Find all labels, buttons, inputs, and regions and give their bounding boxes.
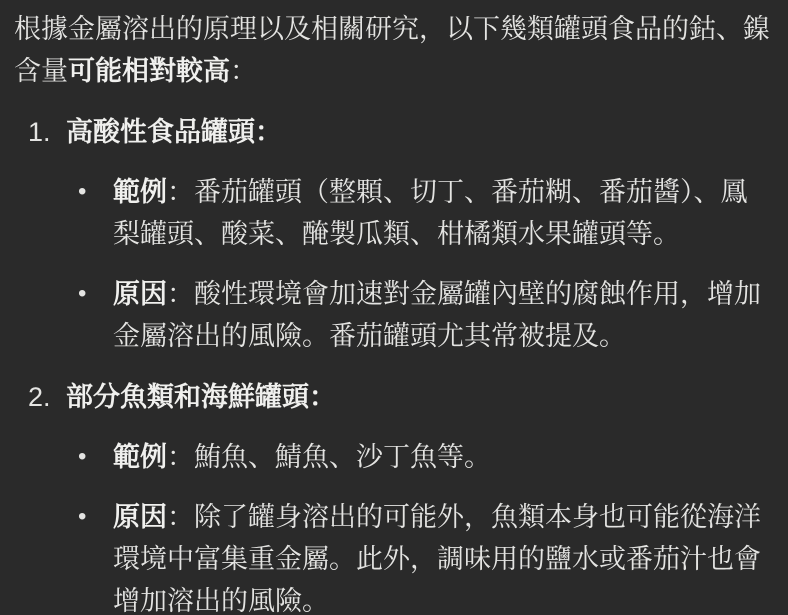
bullet-item-example: • 範例：鮪魚、鯖魚、沙丁魚等。 [14,436,774,478]
bullet-body: 鮪魚、鯖魚、沙丁魚等。 [194,442,491,472]
assistant-message: 根據金屬溶出的原理以及相關研究，以下幾類罐頭食品的鈷、鎳含量可能相對較高： 1.… [0,0,788,615]
bullet-icon: • [78,171,113,213]
bullet-icon: • [78,496,113,538]
bullet-item-example: • 範例：番茄罐頭（整顆、切丁、番茄糊、番茄醬）、鳳梨罐頭、酸菜、醃製瓜類、柑橘… [14,171,774,255]
list-item-fish-seafood-canned-foods: 2. 部分魚類和海鮮罐頭： • 範例：鮪魚、鯖魚、沙丁魚等。 • 原因：除了罐身… [14,376,774,615]
item-title-colon: ： [255,117,282,147]
bullet-separator: ： [167,279,194,309]
item-heading-row: 2. 部分魚類和海鮮罐頭： [14,376,774,418]
bullet-item-reason: • 原因：酸性環境會加速對金屬罐內壁的腐蝕作用，增加金屬溶出的風險。番茄罐頭尤其… [14,273,774,357]
item-title-text: 部分魚類和海鮮罐頭 [66,382,309,412]
bullet-label: 範例 [113,442,167,472]
bullet-item-reason: • 原因：除了罐身溶出的可能外，魚類本身也可能從海洋環境中富集重金屬。此外，調味… [14,496,774,615]
bullet-separator: ： [167,502,194,532]
item-heading-row: 1. 高酸性食品罐頭： [14,111,774,153]
bullet-body: 除了罐身溶出的可能外，魚類本身也可能從海洋環境中富集重金屬。此外，調味用的鹽水或… [113,502,761,615]
bullet-text: 原因：酸性環境會加速對金屬罐內壁的腐蝕作用，增加金屬溶出的風險。番茄罐頭尤其常被… [113,273,774,357]
intro-colon: ： [230,56,257,86]
bullet-text: 範例：鮪魚、鯖魚、沙丁魚等。 [113,436,774,478]
bullet-icon: • [78,273,113,315]
bullet-label: 原因 [113,502,167,532]
bullet-separator: ： [167,442,194,472]
list-item-high-acid-canned-foods: 1. 高酸性食品罐頭： • 範例：番茄罐頭（整顆、切丁、番茄糊、番茄醬）、鳳梨罐… [14,111,774,357]
item-title: 部分魚類和海鮮罐頭： [66,376,336,418]
item-title-colon: ： [309,382,336,412]
bullet-body: 番茄罐頭（整顆、切丁、番茄糊、番茄醬）、鳳梨罐頭、酸菜、醃製瓜類、柑橘類水果罐頭… [113,177,748,249]
intro-bold-text: 可能相對較高 [68,56,230,86]
intro-paragraph: 根據金屬溶出的原理以及相關研究，以下幾類罐頭食品的鈷、鎳含量可能相對較高： [14,8,774,92]
item-number: 2. [28,376,66,418]
item-title-text: 高酸性食品罐頭 [66,117,255,147]
bullet-label: 範例 [113,177,167,207]
bullet-separator: ： [167,177,194,207]
bullet-icon: • [78,436,113,478]
bullet-label: 原因 [113,279,167,309]
item-title: 高酸性食品罐頭： [66,111,282,153]
bullet-body: 酸性環境會加速對金屬罐內壁的腐蝕作用，增加金屬溶出的風險。番茄罐頭尤其常被提及。 [113,279,761,351]
item-number: 1. [28,111,66,153]
bullet-text: 範例：番茄罐頭（整顆、切丁、番茄糊、番茄醬）、鳳梨罐頭、酸菜、醃製瓜類、柑橘類水… [113,171,774,255]
bullet-text: 原因：除了罐身溶出的可能外，魚類本身也可能從海洋環境中富集重金屬。此外，調味用的… [113,496,774,615]
